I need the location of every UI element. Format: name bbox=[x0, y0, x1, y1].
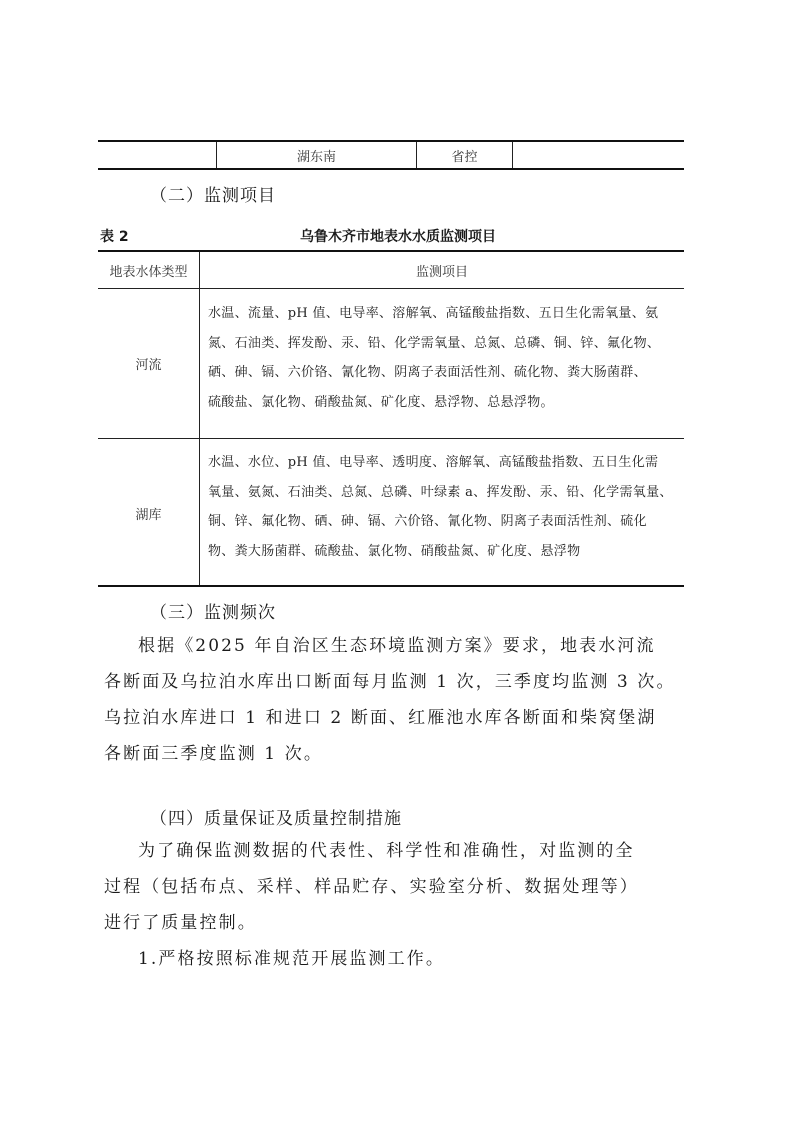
section-heading-frequency: （三）监测频次 bbox=[150, 598, 276, 623]
item-line: 水温、流量、pH 值、电导率、溶解氧、高锰酸盐指数、五日生化需氧量、氨 bbox=[208, 299, 678, 329]
table-divider bbox=[199, 252, 200, 585]
item-line: 水温、水位、pH 值、电导率、透明度、溶解氧、高锰酸盐指数、五日生化需 bbox=[208, 448, 678, 478]
frequency-paragraph: 根据《2025 年自治区生态环境监测方案》要求，地表水河流 各断面及乌拉泊水库出… bbox=[104, 628, 694, 772]
section-heading-monitoring-items: （二）监测项目 bbox=[150, 181, 276, 206]
table-header-type: 地表水体类型 bbox=[98, 252, 199, 288]
table-cell bbox=[513, 142, 684, 168]
table-row-items-river: 水温、流量、pH 值、电导率、溶解氧、高锰酸盐指数、五日生化需氧量、氨 氮、石油… bbox=[208, 299, 678, 417]
table-cell bbox=[98, 142, 216, 168]
table-cell-station: 湖东南 bbox=[217, 142, 416, 168]
item-line: 氮、石油类、挥发酚、汞、铅、化学需氧量、总氮、总磷、铜、锌、氟化物、 bbox=[208, 329, 678, 359]
item-line: 物、粪大肠菌群、硫酸盐、氯化物、硝酸盐氮、矿化度、悬浮物 bbox=[208, 537, 678, 567]
table-cell-level: 省控 bbox=[417, 142, 512, 168]
paragraph-line: 为了确保监测数据的代表性、科学性和准确性，对监测的全 bbox=[104, 833, 694, 869]
paragraph-line: 过程（包括布点、采样、样品贮存、实验室分析、数据处理等） bbox=[104, 869, 694, 905]
paragraph-line: 各断面三季度监测 1 次。 bbox=[104, 736, 694, 772]
table-caption-title: 乌鲁木齐市地表水水质监测项目 bbox=[300, 226, 620, 246]
monitoring-items-table: 地表水体类型 监测项目 河流 水温、流量、pH 值、电导率、溶解氧、高锰酸盐指数… bbox=[98, 250, 684, 587]
table-header-items: 监测项目 bbox=[200, 252, 684, 288]
quality-paragraph: 为了确保监测数据的代表性、科学性和准确性，对监测的全 过程（包括布点、采样、样品… bbox=[104, 833, 694, 977]
table-row-items-lake: 水温、水位、pH 值、电导率、透明度、溶解氧、高锰酸盐指数、五日生化需 氧量、氨… bbox=[208, 448, 678, 566]
paragraph-line: 乌拉泊水库进口 1 和进口 2 断面、红雁池水库各断面和柴窝堡湖 bbox=[104, 700, 694, 736]
paragraph-line: 各断面及乌拉泊水库出口断面每月监测 1 次，三季度均监测 3 次。 bbox=[104, 664, 694, 700]
item-line: 铜、锌、氟化物、硒、砷、镉、六价铬、氰化物、阴离子表面活性剂、硫化 bbox=[208, 507, 678, 537]
item-line: 氧量、氨氮、石油类、总氮、总磷、叶绿素 a、挥发酚、汞、铅、化学需氧量、 bbox=[208, 478, 678, 508]
paragraph-line: 进行了质量控制。 bbox=[104, 905, 694, 941]
item-line: 硫酸盐、氯化物、硝酸盐氮、矿化度、悬浮物、总悬浮物。 bbox=[208, 388, 678, 418]
section-heading-quality: （四）质量保证及质量控制措施 bbox=[150, 804, 402, 829]
paragraph-line: 1.严格按照标准规范开展监测工作。 bbox=[104, 941, 694, 977]
paragraph-line: 根据《2025 年自治区生态环境监测方案》要求，地表水河流 bbox=[104, 628, 694, 664]
table1-fragment: 湖东南 省控 bbox=[98, 140, 684, 170]
item-line: 硒、砷、镉、六价铬、氰化物、阴离子表面活性剂、硫化物、粪大肠菌群、 bbox=[208, 358, 678, 388]
table-caption-number: 表 2 bbox=[100, 226, 129, 246]
table-row-label-river: 河流 bbox=[98, 289, 199, 438]
table-row-label-lake: 湖库 bbox=[98, 439, 199, 587]
